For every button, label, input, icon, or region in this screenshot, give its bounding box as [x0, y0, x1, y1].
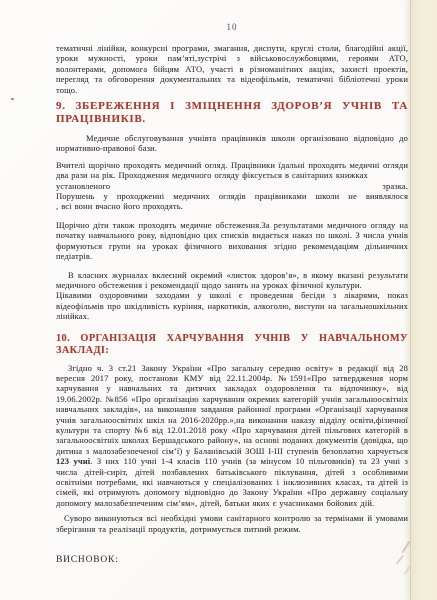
document-content: 10 тематичні лінійки, конкурсні програми…: [56, 0, 408, 565]
scan-edge-strip: [410, 0, 437, 600]
nutrition-legal-text: Згідно ч. 3 ст.21 Закону України «Про за…: [56, 363, 408, 456]
paragraph-nutrition-legal: Згідно ч. 3 ст.21 Закону України «Про за…: [56, 363, 408, 509]
paragraph-teachers-checkup: Вчителі щорічно проходять медичний огляд…: [56, 160, 408, 181]
paragraph-violations-continuation: , всі вони вчасно його проходять.: [56, 201, 408, 211]
gap-line-left-word: установленого: [56, 181, 110, 191]
paragraph-health-events: Цікавими оздоровчими заходами у школі є …: [56, 290, 408, 321]
justified-gap-line: установленого зразка.: [56, 181, 408, 191]
conclusion-label: ВИСНОВОК:: [56, 555, 408, 565]
paragraph-violations: Порушень у проходженні медичних оглядів …: [56, 191, 408, 201]
scanned-page-background: 10 тематичні лінійки, конкурсні програми…: [0, 0, 437, 600]
page-number: 10: [56, 22, 408, 32]
section-10-heading: 10. ОРГАНІЗАЦІЯ ХАРЧУВАННЯ УЧНІВ У НАВЧА…: [56, 333, 408, 357]
paragraph-sanitary-control: Суворо виконуються всі необхідні умови с…: [56, 513, 408, 534]
paragraph-children-checkup: Щорічно діти також проходять медичне обс…: [56, 220, 408, 262]
ink-speck: [11, 98, 14, 100]
section-9-heading: 9. ЗБЕРЕЖЕННЯ І ЗМІЦНЕННЯ ЗДОРОВ’Я УЧНІВ…: [56, 100, 408, 126]
intro-paragraph: тематичні лінійки, конкурсні програми, з…: [56, 43, 408, 95]
paragraph-health-sheet: В класних журналах вклеєний окремий «лис…: [56, 270, 408, 291]
nutrition-legal-text-continuation: . З них 110 учні 1-4 класів 110 учнів (з…: [56, 456, 408, 508]
paragraph-medical-service: Медичне обслуговування учнівта працівник…: [56, 133, 408, 154]
free-meals-count: 123 учні: [56, 456, 90, 466]
gap-line-right-word: зразка.: [383, 181, 408, 191]
